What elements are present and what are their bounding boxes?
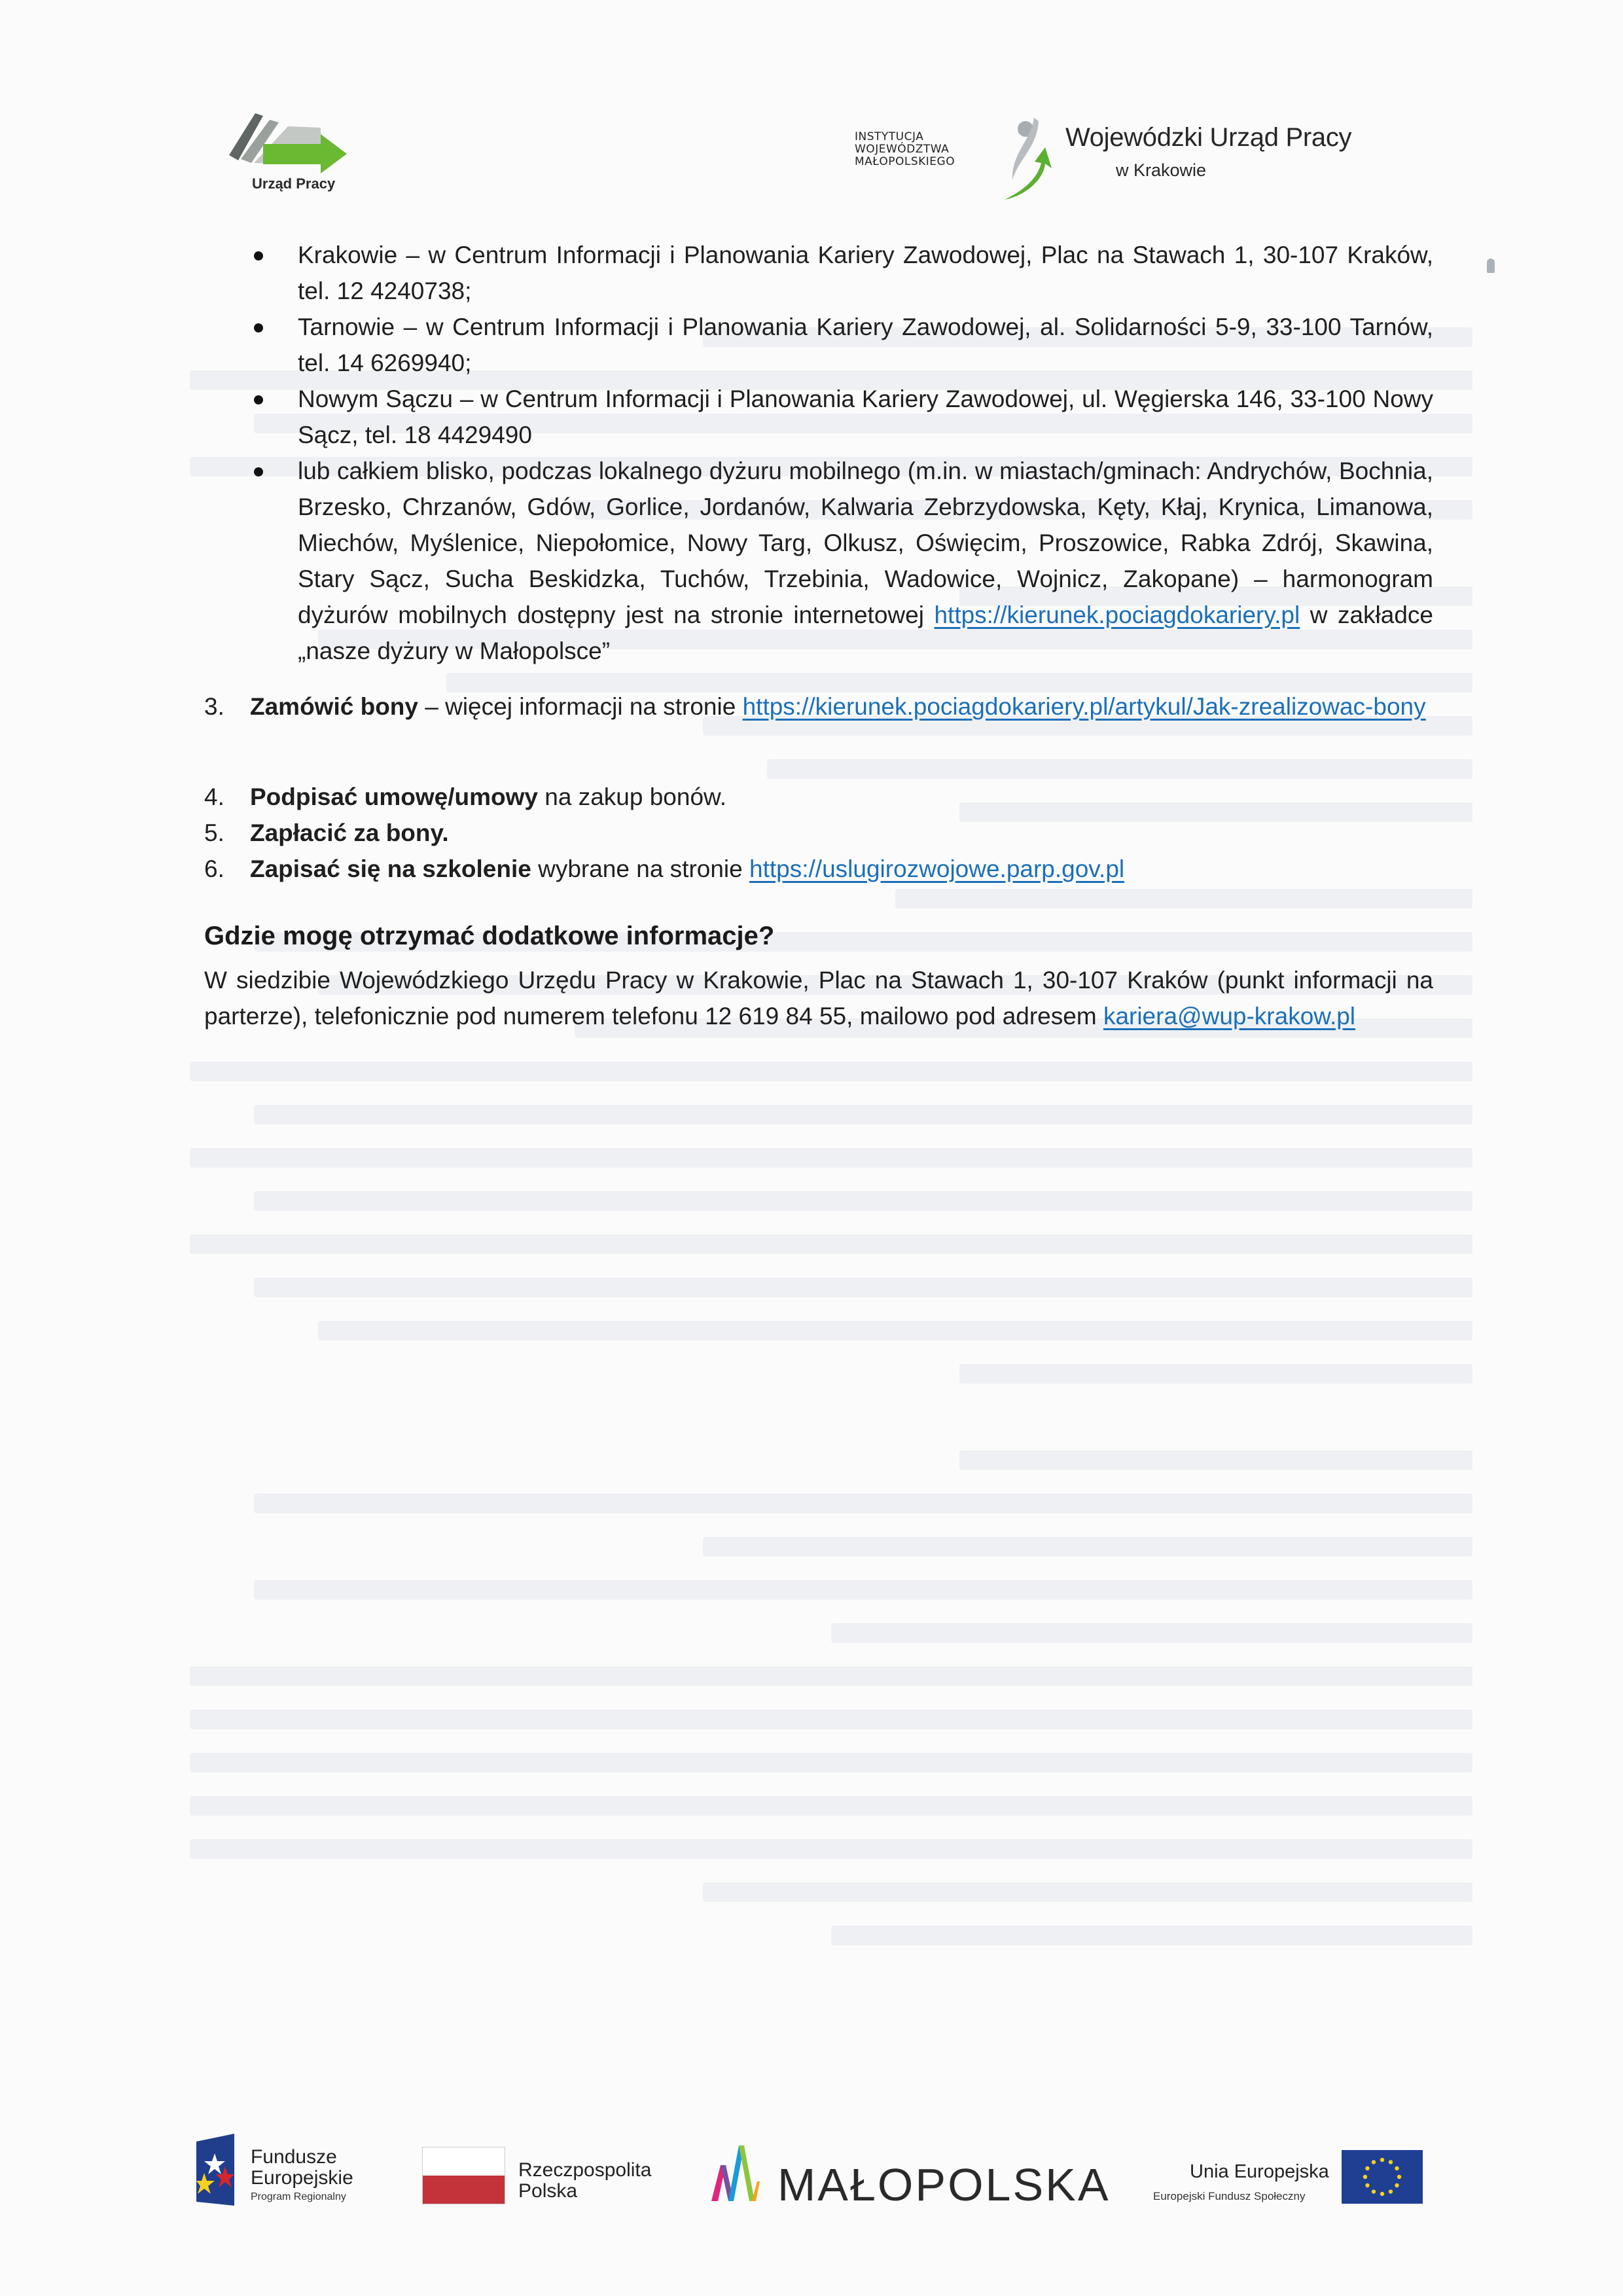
step-item: 5. Zapłacić za bony. xyxy=(204,815,1433,851)
letterhead: Urząd Pracy INSTYTUCJA WOJEWÓDZTWA MAŁOP… xyxy=(0,0,1623,216)
unia-europejska-label: Unia Europejska xyxy=(1190,2161,1329,2183)
office-title: Wojewódzki Urząd Pracy xyxy=(1065,123,1351,152)
eu-flag-icon xyxy=(1342,2150,1423,2204)
eu-stars-icon xyxy=(1342,2150,1423,2204)
institution-label: INSTYTUCJA WOJEWÓDZTWA MAŁOPOLSKIEGO xyxy=(855,131,955,168)
scan-mark xyxy=(1487,259,1495,273)
malopolska-label: MAŁOPOLSKA xyxy=(777,2159,1111,2211)
program-regionalny-label: Program Regionalny xyxy=(251,2191,346,2203)
email-link[interactable]: kariera@wup-krakow.pl xyxy=(1103,1003,1355,1030)
step-item: 3. Zamówić bony – więcej informacji na s… xyxy=(204,689,1433,725)
urzad-pracy-logo: Urząd Pracy xyxy=(216,108,380,200)
location-item: Nowym Sączu – w Centrum Informacji i Pla… xyxy=(298,381,1433,453)
location-item: Tarnowie – w Centrum Informacji i Planow… xyxy=(298,309,1433,381)
folders-arrow-icon xyxy=(216,108,380,180)
info-heading: Gdzie mogę otrzymać dodatkowe informacje… xyxy=(204,922,774,951)
info-paragraph: W siedzibie Wojewódzkiego Urzędu Pracy w… xyxy=(204,962,1433,1034)
malopolska-mark-icon xyxy=(711,2145,770,2204)
uslugi-rozwojowe-link[interactable]: https://uslugirozwojowe.parp.gov.pl xyxy=(749,855,1124,882)
step-item: 6. Zapisać się na szkolenie wybrane na s… xyxy=(204,851,1433,887)
vouchers-info-link[interactable]: https://kierunek.pociagdokariery.pl/arty… xyxy=(743,693,1426,720)
fundusze-europejskie-icon xyxy=(196,2134,236,2206)
urzad-pracy-label: Urząd Pracy xyxy=(252,175,335,192)
fundusze-europejskie-label: Fundusze Europejskie xyxy=(251,2147,353,2189)
office-subtitle: w Krakowie xyxy=(1116,160,1206,181)
location-item: Krakowie – w Centrum Informacji i Planow… xyxy=(298,237,1433,309)
efs-label: Europejski Fundusz Społeczny xyxy=(1153,2190,1305,2203)
rzeczpospolita-label: Rzeczpospolita Polska xyxy=(518,2160,651,2202)
runner-arrow-icon xyxy=(998,115,1057,206)
mobile-duty-item: lub całkiem blisko, podczas lokalnego dy… xyxy=(298,453,1433,669)
polish-flag-icon xyxy=(422,2147,505,2204)
step-item: 4. Podpisać umowę/umowy na zakup bonów. xyxy=(204,779,1433,815)
funding-logos: Fundusze Europejskie Program Regionalny … xyxy=(0,2114,1623,2219)
kierunek-link[interactable]: https://kierunek.pociagdokariery.pl xyxy=(934,601,1300,628)
